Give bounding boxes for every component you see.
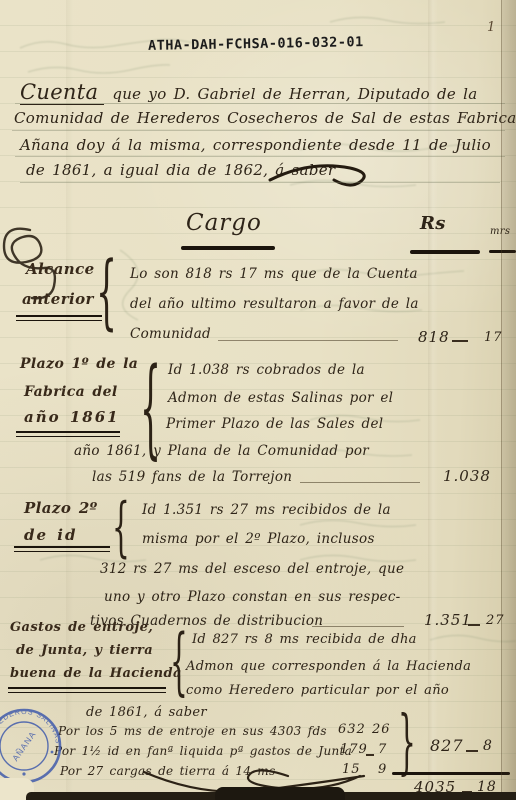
margin-underline <box>16 431 120 437</box>
sub-item-text: Por 1½ id en fanª liquida pª gastos de J… <box>54 744 352 758</box>
entry-body-line: año 1861, y Plana de la Comunidad por <box>74 443 369 459</box>
entry-body-line: Id 1.351 rs 27 ms recibidos de la <box>142 502 391 518</box>
amount-reales: 1.351 <box>424 611 472 629</box>
title-line-3: Añana doy á la misma, correspondiente de… <box>20 136 491 154</box>
heading-underline <box>181 246 275 250</box>
entry-body-line: como Heredero particular por el año <box>186 683 449 698</box>
sub-item-reales: 179 <box>340 742 368 757</box>
margin-underline <box>14 546 110 552</box>
title-line-1-text: que yo D. Gabriel de Herran, Diputado de… <box>112 85 477 103</box>
entry-margin-label: Plazo 2º <box>24 499 98 517</box>
column-header-reales: Rs <box>420 213 446 234</box>
filler-rule <box>218 340 398 341</box>
folio-number: 1 <box>487 20 495 35</box>
entry-body-line: Admon que corresponden á la Hacienda <box>186 659 471 674</box>
ink-flourish <box>268 158 378 188</box>
filler-rule <box>300 482 420 483</box>
section-heading-cargo: Cargo <box>186 210 262 236</box>
entry-body-line: Admon de estas Salinas por el <box>168 390 393 406</box>
margin-underline <box>16 315 102 321</box>
entry-margin-label: anterior <box>22 290 94 308</box>
entry-margin-label: Fabrica del <box>24 384 118 400</box>
margin-underline <box>8 687 166 693</box>
sub-item-reales: 632 <box>338 722 366 737</box>
ruled-line <box>12 130 505 131</box>
amount-maravedis: 8 <box>483 738 493 754</box>
title-line-2: Comunidad de Herederos Cosecheros de Sal… <box>14 109 516 127</box>
ruled-line <box>15 103 505 104</box>
manuscript-page: 1 ATHA-DAH-FCHSA-016-032-01 Cuentaque yo… <box>0 0 516 800</box>
entry-body-line: uno y otro Plazo constan en sus respec- <box>104 589 401 605</box>
entry-margin-label: Gastos de entroje, <box>10 620 153 635</box>
ruled-line <box>15 156 505 157</box>
amount-reales: 818 <box>418 328 450 346</box>
closing-brace: } <box>398 708 416 778</box>
amount-dash <box>466 750 478 752</box>
entry-margin-label: de id <box>24 526 77 544</box>
sub-item-maravedis: 26 <box>372 722 391 737</box>
sum-line <box>392 772 510 775</box>
opening-brace: { <box>112 496 130 560</box>
title-lead-word: Cuenta <box>20 80 104 105</box>
entry-margin-label: año 1861 <box>24 408 120 426</box>
amount-maravedis: 17 <box>484 330 503 345</box>
amount-reales: 1.038 <box>443 467 491 485</box>
entry-body-line: 312 rs 27 ms del esceso del entroje, que <box>100 561 404 577</box>
entry-body-line: Lo son 818 rs 17 ms que de la Cuenta <box>130 266 418 282</box>
column-rule <box>410 250 480 254</box>
sub-item-text: Por los 5 ms de entroje en sus 4303 fds <box>58 724 327 738</box>
entry-body-line: Id 827 rs 8 ms recibida de dha <box>192 632 417 647</box>
amount-dash <box>452 340 468 342</box>
entry-body-line: Id 1.038 rs cobrados de la <box>168 362 365 378</box>
entry-body-line: de 1861, á saber <box>86 705 207 720</box>
entry-margin-label: Plazo 1º de la <box>20 356 138 372</box>
entry-body-line: Comunidad <box>130 326 211 342</box>
opening-brace: { <box>96 254 117 335</box>
paper-right-edge <box>501 0 516 800</box>
stamp-center-text: AÑANA <box>10 729 38 763</box>
entry-body-line: Primer Plazo de las Sales del <box>166 416 383 432</box>
filler-rule <box>312 626 404 627</box>
ruled-line <box>20 182 500 183</box>
entry-body-line: misma por el 2º Plazo, inclusos <box>142 531 375 547</box>
entry-body-line: del año ultimo resultaron a favor de la <box>130 296 419 312</box>
scan-edge-bottom <box>215 787 345 800</box>
amount-dash <box>366 754 374 756</box>
entry-margin-label: buena de la Hacienda <box>10 666 182 681</box>
amount-dash <box>468 624 480 626</box>
entry-margin-label: Alcance <box>26 260 95 278</box>
stamp-seal: HEREDEROS SALINAS AÑANA <box>0 704 66 788</box>
entry-margin-label: de Junta, y tierra <box>16 643 153 658</box>
entry-body-line: las 519 fans de la Torrejon <box>92 469 292 485</box>
sub-item-maravedis: 7 <box>378 742 387 757</box>
amount-reales: 827 <box>430 736 464 755</box>
sub-item-maravedis: 9 <box>378 762 387 777</box>
title-line-1: Cuentaque yo D. Gabriel de Herran, Diput… <box>20 80 478 104</box>
